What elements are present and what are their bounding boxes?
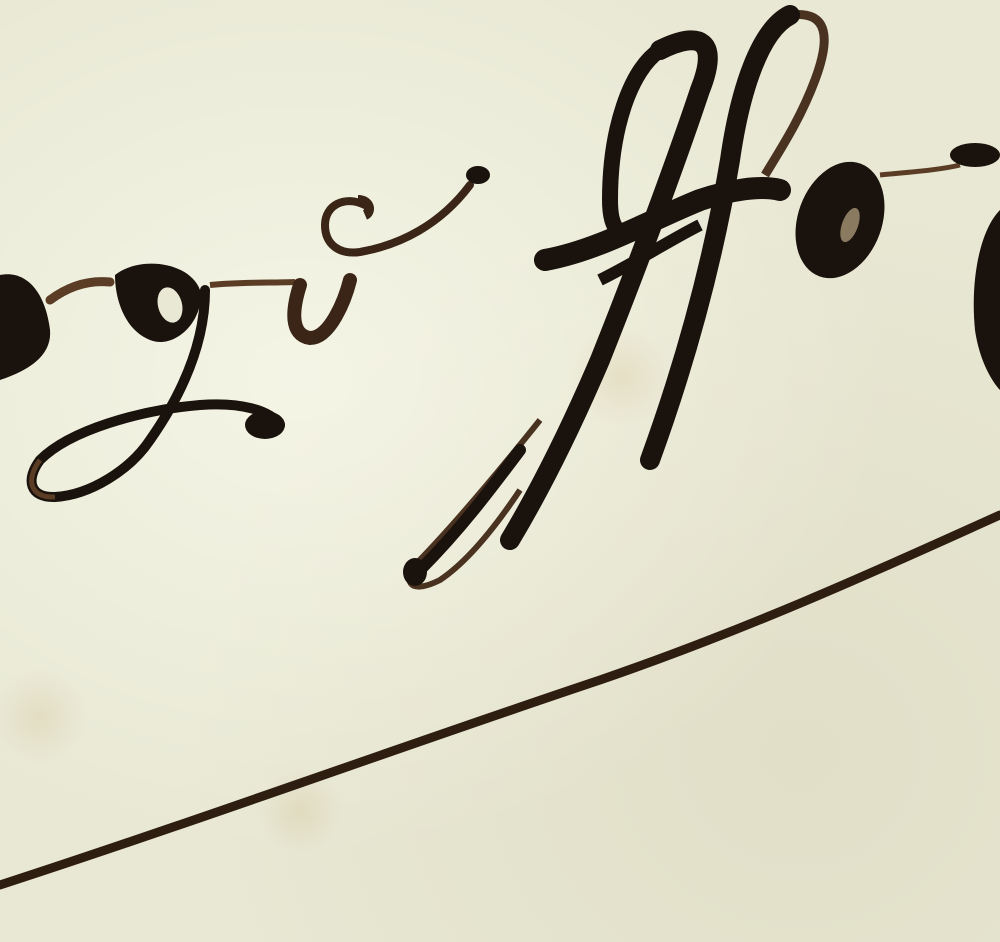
letter-o bbox=[780, 143, 1000, 291]
partial-letter-right bbox=[974, 210, 1000, 390]
ink-strokes bbox=[0, 0, 1000, 942]
handwriting-photo: Close-up of handwritten ink script on te… bbox=[0, 0, 1000, 942]
letters-rg bbox=[0, 166, 490, 497]
underline-stroke bbox=[0, 515, 1000, 885]
letters-ff bbox=[403, 14, 824, 586]
